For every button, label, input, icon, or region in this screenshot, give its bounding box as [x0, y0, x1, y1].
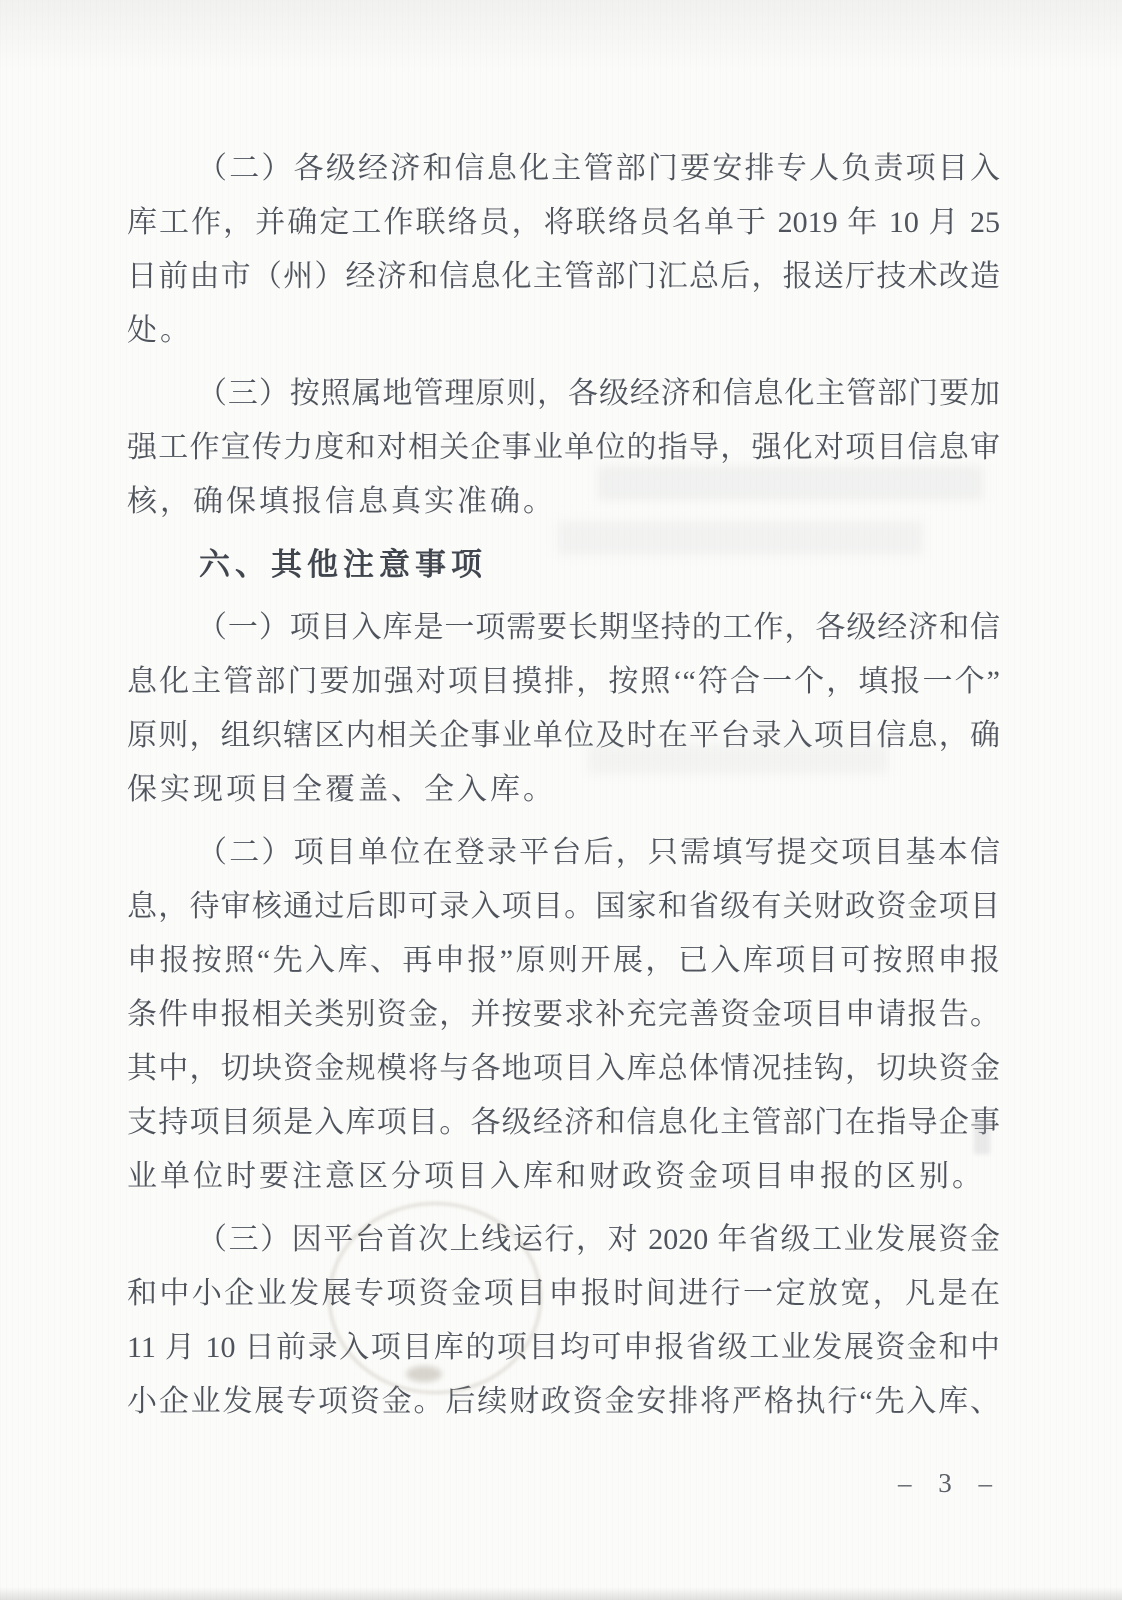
text-line: 支持项目须是入库项目。各级经济和信息化主管部门在指导企事 [127, 1096, 1000, 1150]
text-line: 息，待审核通过后即可录入项目。国家和省级有关财政资金项目 [127, 880, 1000, 934]
text-line: 息化主管部门要加强对项目摸排，按照‘“符合一个，填报一个” [127, 655, 1000, 709]
scanned-document-page: { "page": { "number": "– 3 –", "paper_co… [0, 0, 1122, 1600]
text-line: （二）各级经济和信息化主管部门要安排专人负责项目入 [127, 142, 1000, 196]
section-heading: 六、其他注意事项 [127, 538, 1000, 592]
text-line: （三）因平台首次上线运行，对 2020 年省级工业发展资金 [127, 1213, 1000, 1267]
text-line: 处。 [127, 304, 1000, 358]
paragraph: （二）各级经济和信息化主管部门要安排专人负责项目入 库工作，并确定工作联络员，将… [127, 142, 1000, 358]
text-line: 日前由市（州）经济和信息化主管部门汇总后，报送厅技术改造 [127, 250, 1000, 304]
document-body: （二）各级经济和信息化主管部门要安排专人负责项目入 库工作，并确定工作联络员，将… [127, 142, 1000, 1438]
page-number: – 3 – [898, 1468, 997, 1499]
stamp-ghost-mark [406, 1366, 442, 1382]
text-line: 原则，组织辖区内相关企事业单位及时在平台录入项目信息，确 [127, 709, 1000, 763]
text-line: 申报按照“先入库、再申报”原则开展，已入库项目可按照申报 [127, 934, 1000, 988]
text-line: 核，确保填报信息真实准确。 [127, 475, 1000, 529]
stamp-ghost-circle [328, 1202, 542, 1394]
text-line: 11 月 10 日前录入项目库的项目均可申报省级工业发展资金和中 [127, 1321, 1000, 1375]
text-line: 和中小企业发展专项资金项目申报时间进行一定放宽，凡是在 [127, 1267, 1000, 1321]
text-line: （二）项目单位在登录平台后，只需填写提交项目基本信 [127, 826, 1000, 880]
paragraph: （三）按照属地管理原则，各级经济和信息化主管部门要加 强工作宣传力度和对相关企事… [127, 367, 1000, 529]
text-line: 保实现项目全覆盖、全入库。 [127, 763, 1000, 817]
text-line: 其中，切块资金规模将与各地项目入库总体情况挂钩，切块资金 [127, 1042, 1000, 1096]
text-line: （三）按照属地管理原则，各级经济和信息化主管部门要加 [127, 367, 1000, 421]
text-line: （一）项目入库是一项需要长期坚持的工作，各级经济和信 [127, 601, 1000, 655]
text-line: 库工作，并确定工作联络员，将联络员名单于 2019 年 10 月 25 [127, 196, 1000, 250]
text-line: 小企业发展专项资金。后续财政资金安排将严格执行“先入库、 [127, 1375, 1000, 1429]
paragraph: （三）因平台首次上线运行，对 2020 年省级工业发展资金 和中小企业发展专项资… [127, 1213, 1000, 1429]
text-line: 强工作宣传力度和对相关企事业单位的指导，强化对项目信息审 [127, 421, 1000, 475]
text-line: 条件申报相关类别资金，并按要求补充完善资金项目申请报告。 [127, 988, 1000, 1042]
paragraph: （二）项目单位在登录平台后，只需填写提交项目基本信 息，待审核通过后即可录入项目… [127, 826, 1000, 1204]
text-line: 业单位时要注意区分项目入库和财政资金项目申报的区别。 [127, 1150, 1000, 1204]
paragraph: （一）项目入库是一项需要长期坚持的工作，各级经济和信 息化主管部门要加强对项目摸… [127, 601, 1000, 817]
